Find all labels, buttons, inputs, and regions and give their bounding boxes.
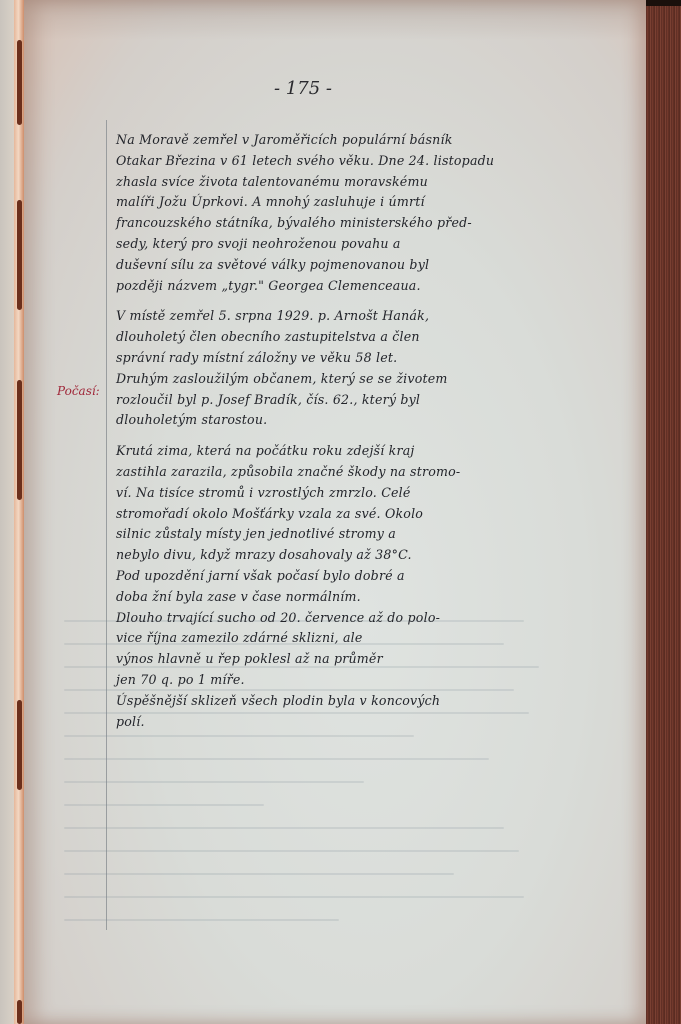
text-line: V místě zemřel 5. srpna 1929. p. Arnošt … — [116, 306, 646, 327]
text-line: sedy, který pro svoji neohroženou povahu… — [116, 234, 646, 255]
text-line: zhasla svíce života talentovanému moravs… — [116, 172, 646, 193]
binding-stitch — [17, 200, 22, 310]
text-line: nebylo divu, když mrazy dosahovaly až 38… — [116, 545, 646, 566]
page-shadow — [24, 0, 646, 40]
text-line: dlouholetý člen obecního zastupitelstva … — [116, 327, 646, 348]
text-line: Pod upozdění jarní však počasí bylo dobr… — [116, 566, 646, 587]
page-number: - 175 - — [274, 78, 332, 99]
text-line: výnos hlavně u řep poklesl až na průměr — [116, 649, 646, 670]
paragraph-weather: Krutá zima, která na počátku roku zdejší… — [116, 441, 646, 732]
binding-stitch — [17, 1000, 22, 1024]
margin-note-weather: Počasí: — [57, 384, 100, 398]
handwritten-body: Na Moravě zemřel v Jaroměřicích populárn… — [116, 130, 646, 742]
text-line: stromořadí okolo Mošťárky vzala za své. … — [116, 504, 646, 525]
text-line: malíři Jožu Úprkovi. A mnohý zasluhuje i… — [116, 192, 646, 213]
text-line: zastihla zarazila, způsobila značné škod… — [116, 462, 646, 483]
page-stack-edge — [646, 0, 681, 1024]
binding-stitch — [17, 40, 22, 125]
book-spread: - 175 - Počasí: Na Moravě zemřel v Jarom… — [0, 0, 681, 1024]
text-line: jen 70 q. po 1 míře. — [116, 670, 646, 691]
binding-stitch — [17, 380, 22, 500]
text-line: Druhým zasloužilým občanem, který se se … — [116, 369, 646, 390]
text-line: silnic zůstaly místy jen jednotlivé stro… — [116, 524, 646, 545]
text-line: později názvem „tygr." Georgea Clemencea… — [116, 276, 646, 297]
text-line: Otakar Březina v 61 letech svého věku. D… — [116, 151, 646, 172]
text-line: vice října zamezilo zdárné sklizni, ale — [116, 628, 646, 649]
text-line: dlouholetým starostou. — [116, 410, 646, 431]
text-line: Na Moravě zemřel v Jaroměřicích populárn… — [116, 130, 646, 151]
text-line: správní rady místní záložny ve věku 58 l… — [116, 348, 646, 369]
text-line: francouzského státníka, bývalého ministe… — [116, 213, 646, 234]
text-line: Dlouho trvající sucho od 20. července až… — [116, 608, 646, 629]
text-line: rozloučil byl p. Josef Bradík, čís. 62.,… — [116, 390, 646, 411]
text-line: ví. Na tisíce stromů i vzrostlých zmrzlo… — [116, 483, 646, 504]
text-line: Krutá zima, která na počátku roku zdejší… — [116, 441, 646, 462]
chronicle-page: - 175 - Počasí: Na Moravě zemřel v Jarom… — [24, 0, 646, 1024]
text-line: polí. — [116, 712, 646, 733]
text-line: duševní sílu za světové války pojmenovan… — [116, 255, 646, 276]
book-gutter — [14, 0, 24, 1024]
book-cover-edge — [646, 0, 681, 6]
paragraph-deaths-local: V místě zemřel 5. srpna 1929. p. Arnošt … — [116, 306, 646, 431]
text-line: doba žní byla zase v čase normálním. — [116, 587, 646, 608]
binding-stitch — [17, 700, 22, 790]
paragraph-deaths-notable: Na Moravě zemřel v Jaroměřicích populárn… — [116, 130, 646, 296]
text-line: Úspěšnější sklizeň všech plodin byla v k… — [116, 691, 646, 712]
